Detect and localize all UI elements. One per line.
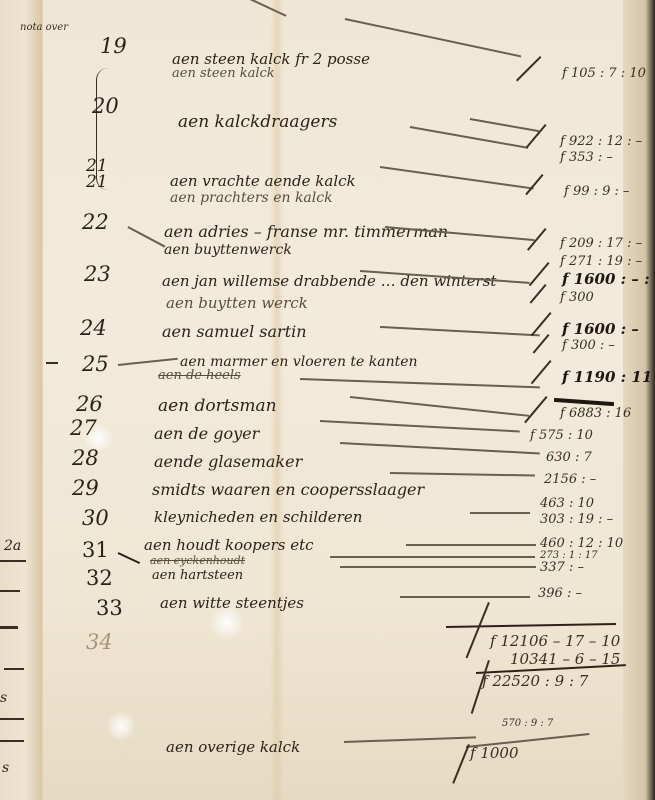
- entry-amount-2: f 300 : –: [562, 338, 615, 353]
- rule: [400, 596, 530, 598]
- entry-amount: f 1190 : 11 : 10: [562, 368, 655, 386]
- entry-desc: smidts waaren en coopersslaager: [152, 480, 424, 499]
- entry-number: 25: [82, 352, 109, 376]
- footer-amount-above: 570 : 9 : 7: [502, 718, 553, 729]
- entry-amount: f 1600 : – : –: [562, 270, 655, 288]
- entry-number: 30: [82, 506, 109, 530]
- entry-number: 31: [82, 538, 109, 562]
- entry-amount: f 99 : 9 : –: [564, 184, 630, 199]
- left-fragment: s: [2, 760, 9, 776]
- entry-number: 21: [86, 172, 108, 192]
- entry-number: 33: [96, 596, 123, 620]
- entry-number: 27: [70, 416, 97, 440]
- entry-amount-2: f 300: [560, 290, 594, 305]
- entry-amount: f 1600 : –: [562, 320, 639, 338]
- left-mark: [0, 718, 24, 720]
- left-mark: [0, 626, 18, 629]
- entry-desc: aen samuel sartin: [162, 322, 307, 341]
- entry-amount: f 105 : 7 : 10: [562, 66, 646, 81]
- entry-desc: kleynicheden en schilderen: [154, 508, 362, 526]
- entry-amount: f 209 : 17 : –: [560, 236, 642, 251]
- entry-number: 22: [82, 210, 109, 234]
- entry-desc: aen witte steentjes: [160, 594, 304, 612]
- entry-number: 23: [84, 262, 111, 286]
- entry-desc: aende glasemaker: [154, 452, 302, 471]
- entry-amount: 396 : –: [538, 586, 582, 601]
- margin-note: nota over: [20, 22, 68, 33]
- entry-desc: aen dortsman: [158, 396, 277, 416]
- entry-desc: aen buytten werck: [166, 294, 308, 312]
- entry-number: 28: [72, 446, 99, 470]
- entry-desc: aen buyttenwerck: [164, 242, 292, 258]
- entry-number: 20: [92, 94, 119, 118]
- entry-desc: aen prachters en kalck: [170, 190, 333, 206]
- entry-amount: f 922 : 12 : –: [560, 134, 642, 149]
- left-mark: [0, 590, 20, 592]
- entry-amount: 460 : 12 : 10: [540, 536, 623, 551]
- entry-number: 19: [100, 34, 127, 58]
- entry-desc: aen jan willemse drabbende … den winters…: [162, 272, 496, 290]
- entry-amount: 463 : 10: [540, 496, 594, 511]
- entry-amount: 337 : –: [540, 560, 584, 575]
- entry-desc: aen hartsteen: [152, 568, 243, 583]
- entry-desc: aen de goyer: [154, 424, 259, 443]
- entry-desc-struck: aen de heels: [158, 368, 241, 383]
- rule: [470, 512, 530, 514]
- left-mark: [4, 668, 24, 670]
- entry-amount: f 575 : 10: [530, 428, 593, 443]
- entry-amount: 303 : 19 : –: [540, 512, 613, 527]
- subtotal-1: f 12106 – 17 – 10: [490, 632, 620, 650]
- entry-desc: aen kalckdraagers: [178, 112, 337, 132]
- entry-amount-2: f 271 : 19 : –: [560, 254, 642, 269]
- rule: [46, 362, 58, 364]
- entry-amount: 2156 : –: [544, 472, 596, 487]
- entry-number: 26: [76, 392, 103, 416]
- right-frame-edge: [623, 0, 655, 800]
- entry-desc: aen steen kalck: [172, 66, 275, 81]
- entry-amount-2: f 353 : –: [560, 150, 613, 165]
- rule: [330, 556, 535, 558]
- entry-number: 32: [86, 566, 113, 590]
- left-mark: [0, 560, 26, 562]
- entry-desc: aen vrachte aende kalck: [170, 172, 356, 190]
- grand-total: f 22520 : 9 : 7: [482, 672, 588, 690]
- rule: [340, 566, 536, 568]
- footer-label: aen overige kalck: [166, 738, 300, 756]
- entry-amount: f 6883 : 16: [560, 406, 631, 421]
- entry-amount: 630 : 7: [546, 450, 592, 465]
- entry-number: 24: [80, 316, 107, 340]
- entry-desc: aen adries – franse mr. timmerman: [164, 222, 448, 241]
- entry-number: 34: [86, 630, 113, 654]
- left-fragment: 2a: [4, 538, 21, 554]
- left-mark: [0, 740, 24, 742]
- entry-number: 29: [72, 476, 99, 500]
- rule: [406, 544, 536, 546]
- glare: [108, 710, 134, 742]
- left-page-edge: [0, 0, 42, 800]
- entry-desc-struck: aen eyckenhoudt: [150, 554, 245, 567]
- footer-amount: f 1000: [470, 744, 519, 762]
- entry-desc: aen houdt koopers etc: [144, 536, 314, 554]
- left-fragment: s: [0, 690, 7, 706]
